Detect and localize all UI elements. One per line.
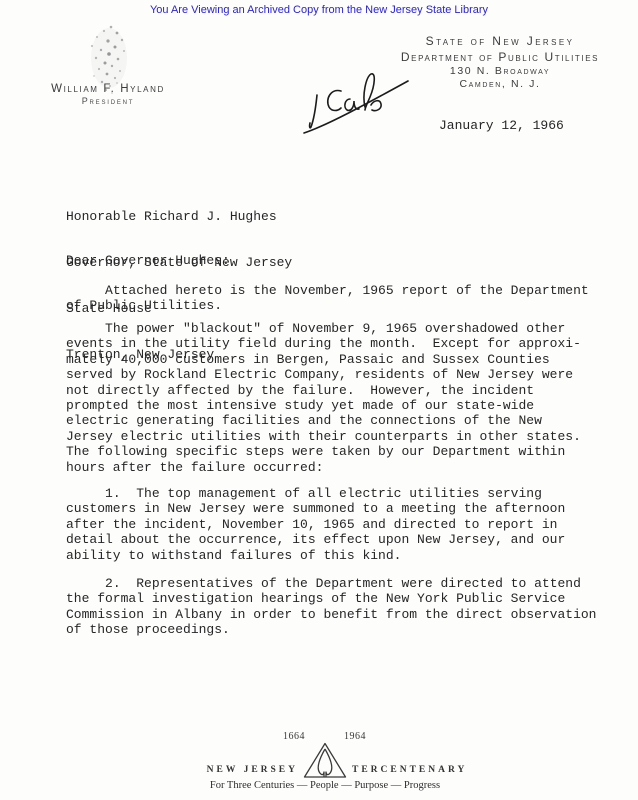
recipient-line: Honorable Richard J. Hughes bbox=[66, 209, 292, 224]
date-line: January 12, 1966 bbox=[439, 118, 564, 133]
tercentenary-logo-icon bbox=[303, 742, 347, 779]
official-name: William F. Hyland bbox=[28, 83, 188, 95]
body-paragraph-1: Attached hereto is the November, 1965 re… bbox=[66, 283, 611, 314]
salutation: Dear Governor Hughes: bbox=[66, 253, 230, 268]
document-page: You Are Viewing an Archived Copy from th… bbox=[0, 0, 638, 800]
official-title: President bbox=[28, 96, 188, 106]
archive-banner: You Are Viewing an Archived Copy from th… bbox=[0, 3, 638, 17]
letterhead-official: William F. Hyland President bbox=[28, 83, 188, 106]
body-paragraph-4: 2. Representatives of the Department wer… bbox=[66, 576, 611, 638]
handwritten-initials bbox=[298, 55, 413, 135]
footer-motto: For Three Centuries — People — Purpose —… bbox=[160, 780, 490, 791]
footer-name-right: TERCENTENARY bbox=[352, 765, 467, 775]
body-paragraph-3: 1. The top management of all electric ut… bbox=[66, 486, 611, 563]
year-1964: 1964 bbox=[344, 731, 366, 742]
footer-name-left: NEW JERSEY bbox=[198, 765, 298, 775]
body-paragraph-2: The power "blackout" of November 9, 1965… bbox=[66, 321, 611, 475]
agency-name: State of New Jersey bbox=[370, 33, 630, 49]
year-1664: 1664 bbox=[283, 731, 305, 742]
